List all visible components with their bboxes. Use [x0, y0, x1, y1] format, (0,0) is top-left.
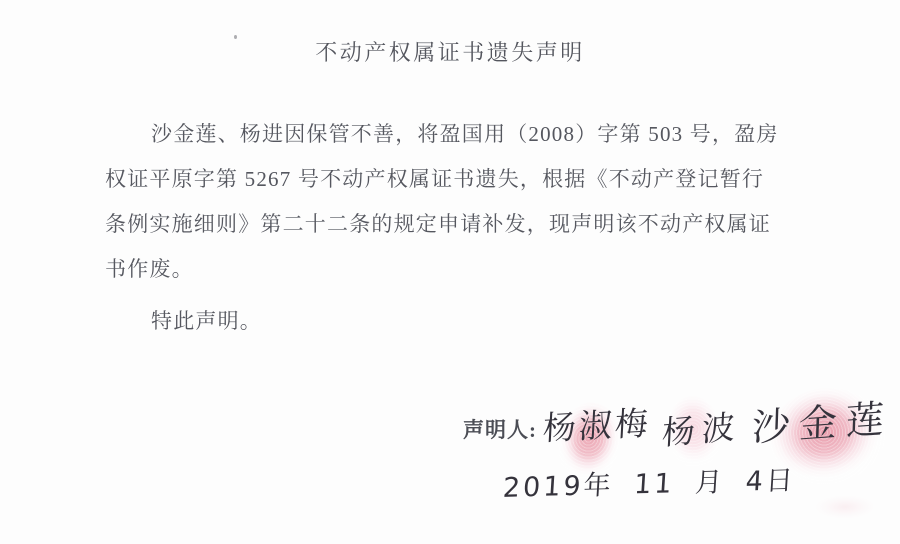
signature-name-1: 杨淑梅 [542, 397, 652, 450]
body-line: 条例实施细则》第二十二条的规定申请补发，现声明该不动产权属证 [105, 202, 800, 247]
scanned-document-page: 不动产权属证书遗失声明 沙金莲、杨进因保管不善，将盈国用（2008）字第 503… [0, 0, 900, 544]
body-line: 书作废。 [105, 247, 800, 292]
fingerprint-smudge [812, 494, 878, 520]
signature-name-3: 沙金莲 [751, 387, 894, 452]
signature-name-2: 杨波 [661, 400, 743, 454]
body-line: 权证平原字第 5267 号不动产权属证书遗失，根据《不动产登记暂行 [105, 157, 800, 202]
closing-statement: 特此声明。 [105, 299, 800, 344]
scan-speck [234, 35, 237, 39]
document-title: 不动产权属证书遗失声明 [0, 36, 900, 67]
declarant-label: 声明人: [463, 414, 537, 444]
handwritten-date: 2019年 11 月 4日 [502, 458, 797, 505]
body-line: 沙金莲、杨进因保管不善，将盈国用（2008）字第 503 号，盈房 [105, 112, 800, 157]
document-body: 沙金莲、杨进因保管不善，将盈国用（2008）字第 503 号，盈房 权证平原字第… [105, 112, 800, 344]
